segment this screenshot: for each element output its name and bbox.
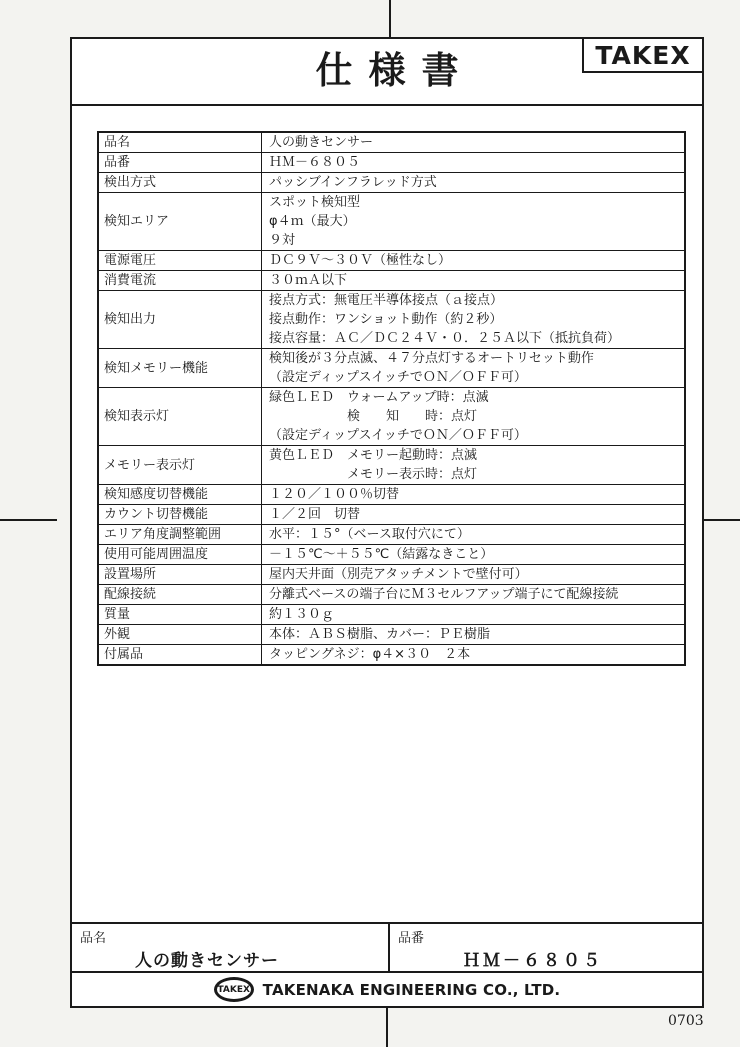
- spec-value: ＤＣ９Ｖ～３０Ｖ（極性なし）: [262, 251, 686, 271]
- spec-value: ３０ｍＡ以下: [262, 271, 686, 291]
- spec-label: 検知出力: [98, 291, 262, 349]
- table-row: 検知表示灯 緑色ＬＥＤ ウォームアップ時：点滅 検 知 時：点灯 （設定ディップ…: [98, 388, 685, 446]
- table-row: 配線接続 分離式ベースの端子台にＭ３セルフアップ端子にて配線接続: [98, 585, 685, 605]
- spec-value: 分離式ベースの端子台にＭ３セルフアップ端子にて配線接続: [262, 585, 686, 605]
- spec-label: 検出方式: [98, 173, 262, 193]
- table-row: 付属品 タッピングネジ：φ４×３０ ２本: [98, 645, 685, 666]
- product-name-cell: 品名 人の動きセンサー: [72, 924, 390, 971]
- spec-value: 約１３０ｇ: [262, 605, 686, 625]
- table-row: 品名 人の動きセンサー: [98, 132, 685, 153]
- company-footer: TAKEX TAKENAKA ENGINEERING CO., LTD.: [72, 973, 702, 1006]
- spec-label: 検知メモリー機能: [98, 349, 262, 388]
- table-row: 品番 ＨＭ－６８０５: [98, 153, 685, 173]
- table-row: カウント切替機能 １／２回 切替: [98, 505, 685, 525]
- spec-value: 黄色ＬＥＤ メモリー起動時：点滅 メモリー表示時：点灯: [262, 446, 686, 485]
- table-row: 電源電圧 ＤＣ９Ｖ～３０Ｖ（極性なし）: [98, 251, 685, 271]
- table-row: 使用可能周囲温度 －１５℃～＋５５℃（結露なきこと）: [98, 545, 685, 565]
- brand-logo: TAKEX: [582, 39, 702, 73]
- title-band: 仕様書 TAKEX: [72, 39, 702, 106]
- model-number-cell: 品番 ＨＭ－６８０５: [390, 924, 702, 971]
- spec-value: 接点方式：無電圧半導体接点（ａ接点） 接点動作：ワンショット動作（約２秒） 接点…: [262, 291, 686, 349]
- spec-value: タッピングネジ：φ４×３０ ２本: [262, 645, 686, 666]
- spec-label: エリア角度調整範囲: [98, 525, 262, 545]
- spec-value: スポット検知型 φ４ｍ（最大） ９対: [262, 193, 686, 251]
- bottom-summary-row: 品名 人の動きセンサー 品番 ＨＭ－６８０５: [72, 922, 702, 973]
- spec-sheet: 仕様書 TAKEX 品名 人の動きセンサー 品番 ＨＭ－６８０５ 検出方式 パッ…: [70, 37, 704, 1008]
- spec-table: 品名 人の動きセンサー 品番 ＨＭ－６８０５ 検出方式 パッシブインフラレッド方…: [97, 131, 686, 666]
- spec-label: 外観: [98, 625, 262, 645]
- spec-value: 検知後が３分点滅、４７分点灯するオートリセット動作 （設定ディップスイッチでＯＮ…: [262, 349, 686, 388]
- product-name-label: 品名: [80, 927, 388, 946]
- spec-label: 品番: [98, 153, 262, 173]
- product-name-value: 人の動きセンサー: [80, 946, 388, 971]
- spec-value: 屋内天井面（別売アタッチメントで壁付可）: [262, 565, 686, 585]
- spec-label: カウント切替機能: [98, 505, 262, 525]
- crop-mark-bottom: [386, 1008, 388, 1047]
- spec-value: パッシブインフラレッド方式: [262, 173, 686, 193]
- takex-oval-logo-text: TAKEX: [217, 985, 249, 995]
- crop-mark-right: [704, 519, 740, 521]
- spec-label: 設置場所: [98, 565, 262, 585]
- spec-label: 付属品: [98, 645, 262, 666]
- spec-label: 検知感度切替機能: [98, 485, 262, 505]
- table-row: 検知メモリー機能 検知後が３分点滅、４７分点灯するオートリセット動作 （設定ディ…: [98, 349, 685, 388]
- revision-code: 0703: [668, 1013, 704, 1029]
- company-name: TAKENAKA ENGINEERING CO., LTD.: [263, 981, 561, 999]
- spec-label: 品名: [98, 132, 262, 153]
- spec-value: １２０／１００％切替: [262, 485, 686, 505]
- spec-label: 使用可能周囲温度: [98, 545, 262, 565]
- table-row: 検知出力 接点方式：無電圧半導体接点（ａ接点） 接点動作：ワンショット動作（約２…: [98, 291, 685, 349]
- crop-mark-left: [0, 519, 57, 521]
- table-row: 検出方式 パッシブインフラレッド方式: [98, 173, 685, 193]
- brand-logo-text: TAKEX: [595, 41, 690, 70]
- spec-label: 消費電流: [98, 271, 262, 291]
- spec-value: 本体：ＡＢＳ樹脂、カバー：ＰＥ樹脂: [262, 625, 686, 645]
- table-row: 質量 約１３０ｇ: [98, 605, 685, 625]
- table-row: 検知エリア スポット検知型 φ４ｍ（最大） ９対: [98, 193, 685, 251]
- spec-value: 水平：１５°（ベース取付穴にて）: [262, 525, 686, 545]
- spec-value: １／２回 切替: [262, 505, 686, 525]
- crop-mark-top: [389, 0, 391, 37]
- spec-label: 検知エリア: [98, 193, 262, 251]
- spec-label: 質量: [98, 605, 262, 625]
- table-row: 消費電流 ３０ｍＡ以下: [98, 271, 685, 291]
- spec-value: 人の動きセンサー: [262, 132, 686, 153]
- table-row: 設置場所 屋内天井面（別売アタッチメントで壁付可）: [98, 565, 685, 585]
- model-number-value: ＨＭ－６８０５: [398, 946, 702, 971]
- table-row: 検知感度切替機能 １２０／１００％切替: [98, 485, 685, 505]
- takex-oval-logo-icon: TAKEX: [214, 977, 254, 1002]
- spec-label: 検知表示灯: [98, 388, 262, 446]
- spec-value: －１５℃～＋５５℃（結露なきこと）: [262, 545, 686, 565]
- spec-value: ＨＭ－６８０５: [262, 153, 686, 173]
- table-row: 外観 本体：ＡＢＳ樹脂、カバー：ＰＥ樹脂: [98, 625, 685, 645]
- spec-label: メモリー表示灯: [98, 446, 262, 485]
- spec-label: 配線接続: [98, 585, 262, 605]
- table-row: エリア角度調整範囲 水平：１５°（ベース取付穴にて）: [98, 525, 685, 545]
- model-number-label: 品番: [398, 927, 702, 946]
- table-row: メモリー表示灯 黄色ＬＥＤ メモリー起動時：点滅 メモリー表示時：点灯: [98, 446, 685, 485]
- spec-label: 電源電圧: [98, 251, 262, 271]
- spec-value: 緑色ＬＥＤ ウォームアップ時：点滅 検 知 時：点灯 （設定ディップスイッチでＯ…: [262, 388, 686, 446]
